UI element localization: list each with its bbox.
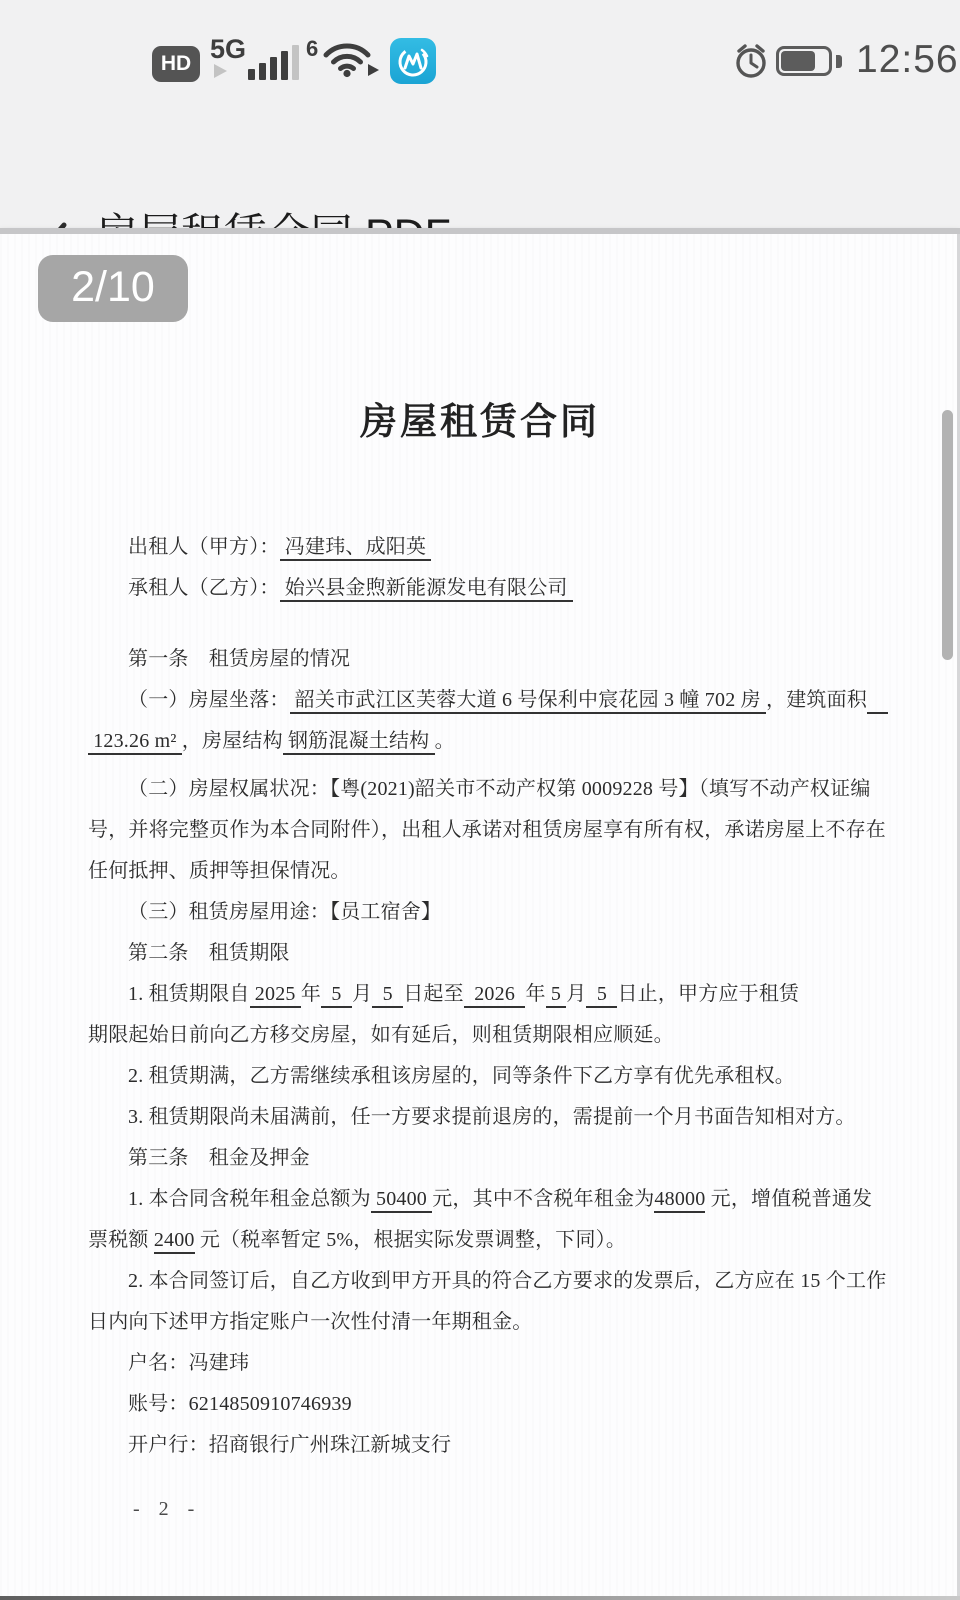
status-time: 12:56 [856,38,959,82]
document-line: 出租人（甲方）： 冯建玮、成阳英 [88,527,870,568]
signal-bars-icon [248,44,300,80]
battery-tip [836,55,842,68]
filled-blank: 冯建玮、成阳英 [280,536,432,561]
document-lines: 出租人（甲方）： 冯建玮、成阳英 承租人（乙方）： 始兴县金煦新能源发电有限公司… [88,527,870,1466]
filled-blank: 5 [586,983,617,1008]
document-line: 1. 租赁期限自 2025 年 5 月 5 日起至 2026 年 5 月 5 日… [88,974,870,1015]
line-text: 第二条 租赁期限 [128,942,290,964]
line-text: 月 [352,983,372,1005]
secondary-signal-icon [214,64,227,78]
document-line: 期限起始日前向乙方移交房屋，如有延后，则租赁期限相应顺延。 [88,1015,870,1056]
line-text: 期限起始日前向乙方移交房屋，如有延后，则租赁期限相应顺延。 [88,1024,674,1046]
filled-blank: 钢筋混凝土结构 [283,730,435,755]
network-type-label: 5G [210,34,246,65]
line-text: （三）租赁房屋用途：【员工宿舍】 [128,901,441,923]
filled-blank: 韶关市武江区芙蓉大道 6 号保利中宸花园 3 幢 702 房 [290,689,766,714]
filled-blank: 2400 [154,1229,195,1254]
filled-blank: 123.26 m² [88,730,182,755]
document-line: （三）租赁房屋用途：【员工宿舍】 [88,892,870,933]
line-text: 承租人（乙方）： [128,577,280,599]
filled-blank: 2025 [250,983,301,1008]
filled-blank: 始兴县金煦新能源发电有限公司 [280,577,573,602]
document-line: 票税额 2400 元（税率暂定 5%，根据实际发票调整，下同）。 [88,1220,870,1261]
line-text: 第一条 租赁房屋的情况 [128,648,350,670]
line-text: 1. 租赁期限自 [128,983,250,1005]
scrollbar-thumb[interactable] [942,410,953,660]
carrier-app-icon [390,38,436,84]
document-line: 123.26 m² ，房屋结构 钢筋混凝土结构 。 [88,721,870,762]
line-text: 元，增值税普通发 [705,1188,872,1210]
document-line: （一）房屋坐落： 韶关市武江区芙蓉大道 6 号保利中宸花园 3 幢 702 房 … [88,680,870,721]
document-line: 账号：6214850910746939 [88,1384,870,1425]
filled-blank [867,689,888,714]
filled-blank: 48000 [654,1188,705,1213]
line-text: ，建筑面积 [766,689,867,711]
line-text: （一）房屋坐落： [128,689,290,711]
pdf-page-view[interactable]: 2/10 房屋租赁合同 出租人（甲方）： 冯建玮、成阳英 承租人（乙方）： 始兴… [0,234,960,1600]
line-text: ，房屋结构 [182,730,283,752]
document-line: 2. 租赁期满，乙方需继续承租该房屋的，同等条件下乙方享有优先承租权。 [88,1056,870,1097]
hd-badge: HD [152,46,200,82]
wifi-arrow-icon [368,64,379,76]
battery-icon [776,46,832,76]
scan-bottom-edge [0,1596,960,1600]
document-line: 号，并将完整页作为本合同附件），出租人承诺对租赁房屋享有所有权，承诺房屋上不存在 [88,810,870,851]
line-text: 元，其中不含税年租金为 [432,1188,654,1210]
line-text: 元（税率暂定 5%，根据实际发票调整，下同）。 [195,1229,626,1251]
document-line: 1. 本合同含税年租金总额为 50400 元，其中不含税年租金为48000 元，… [88,1179,870,1220]
document-line: 任何抵押、质押等担保情况。 [88,851,870,892]
line-text: 月 [566,983,586,1005]
line-text: 票税额 [88,1229,154,1251]
line-text: 2. 租赁期满，乙方需继续承租该房屋的，同等条件下乙方享有优先承租权。 [128,1065,795,1087]
filled-blank: 5 [546,983,567,1008]
line-text: 第三条 租金及押金 [128,1147,310,1169]
line-text: 账号：6214850910746939 [128,1393,352,1415]
document-line: 2. 本合同签订后，自乙方收到甲方开具的符合乙方要求的发票后，乙方应在 15 个… [88,1261,870,1302]
document-line: 户名：冯建玮 [88,1343,870,1384]
line-text: （二）房屋权属状况：【粤(2021)韶关市不动产权第 0009228 号】（填写… [128,778,871,800]
line-text: 年 [301,983,321,1005]
document-line: 第三条 租金及押金 [88,1138,870,1179]
page-number-footer: - 2 - [133,1498,960,1521]
wifi-icon [322,38,372,78]
filled-blank: 5 [372,983,403,1008]
wifi-band-label: 6 [306,36,318,62]
document-line: 第二条 租赁期限 [88,933,870,974]
document-line: 第一条 租赁房屋的情况 [88,639,870,680]
line-text: 年 [525,983,545,1005]
filled-blank: 5 [321,983,352,1008]
document-line: （二）房屋权属状况：【粤(2021)韶关市不动产权第 0009228 号】（填写… [88,769,870,810]
line-text: 户名：冯建玮 [128,1352,249,1374]
document-line: 日内向下述甲方指定账户一次性付清一年期租金。 [88,1302,870,1343]
file-preview-header: 房屋租赁合同.PDF 文件预览 [0,95,960,228]
contract-title: 房屋租赁合同 [0,397,960,449]
line-text: 日止，甲方应于租赁 [617,983,799,1005]
document-line: 3. 租赁期限尚未届满前，任一方要求提前退房的，需提前一个月书面告知相对方。 [88,1097,870,1138]
line-text: 出租人（甲方）： [128,536,280,558]
page-indicator-badge: 2/10 [38,255,188,322]
line-text: 日内向下述甲方指定账户一次性付清一年期租金。 [88,1311,532,1333]
line-text: 开户行：招商银行广州珠江新城支行 [128,1434,451,1456]
line-text: 日起至 [403,983,464,1005]
filled-blank: 2026 [464,983,526,1008]
filled-blank: 50400 [371,1188,432,1213]
line-text: 1. 本合同含税年租金总额为 [128,1188,371,1210]
line-text: 号，并将完整页作为本合同附件），出租人承诺对租赁房屋享有所有权，承诺房屋上不存在 [88,819,886,841]
line-text: 2. 本合同签订后，自乙方收到甲方开具的符合乙方要求的发票后，乙方应在 15 个… [128,1270,886,1292]
line-text: 3. 租赁期限尚未届满前，任一方要求提前退房的，需提前一个月书面告知相对方。 [128,1106,856,1128]
top-chrome: HD 5G 6 12:56 [0,0,960,228]
document-line: 承租人（乙方）： 始兴县金煦新能源发电有限公司 [88,568,870,609]
line-text: 。 [435,730,455,752]
document-line: 开户行：招商银行广州珠江新城支行 [88,1425,870,1466]
line-text: 任何抵押、质押等担保情况。 [88,860,351,882]
alarm-clock-icon [732,42,770,80]
status-bar: HD 5G 6 12:56 [0,0,960,95]
app-logo-icon [390,38,436,84]
